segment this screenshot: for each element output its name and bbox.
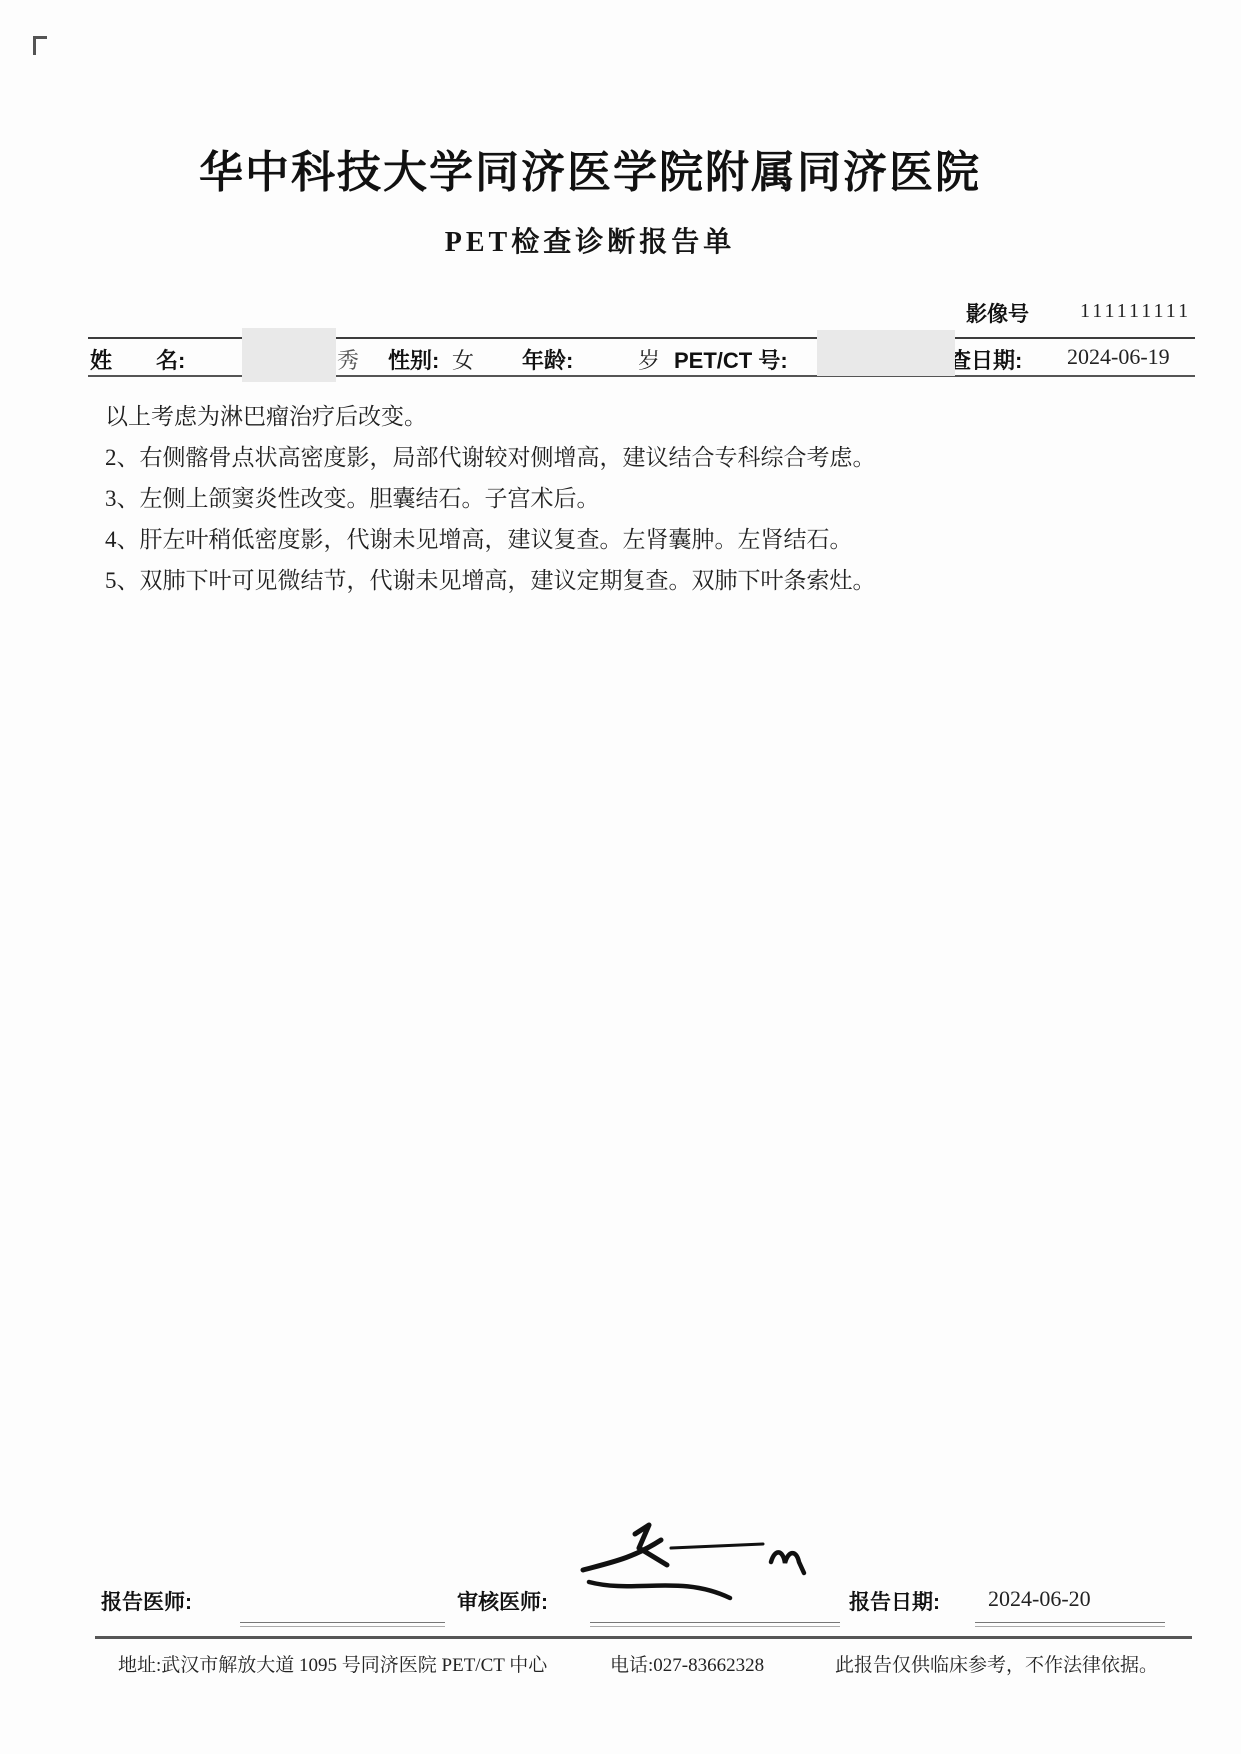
- report-date-label: 报告日期:: [849, 1586, 940, 1616]
- patient-name-label: 姓 名:: [90, 344, 185, 375]
- exam-date-value: 2024-06-19: [1067, 344, 1170, 370]
- gender-label: 性别:: [388, 344, 439, 375]
- image-number-label: 影像号: [966, 298, 1029, 328]
- finding-line: 以上考虑为淋巴瘤治疗后改变。: [105, 396, 1165, 437]
- patient-name-redaction: [242, 328, 336, 382]
- patient-info-row: 姓 名: 秀 性别: 女 年龄: 岁 PET/CT 号: 检查日期: 2024-…: [88, 337, 1195, 377]
- finding-line: 2、右侧髂骨点状高密度影，局部代谢较对侧增高，建议结合专科综合考虑。: [105, 437, 1165, 478]
- age-unit: 岁: [638, 344, 660, 375]
- patient-name-visible-char: 秀: [337, 344, 359, 375]
- petct-number-redaction: [817, 330, 955, 376]
- report-date-value: 2024-06-20: [988, 1586, 1091, 1612]
- footer-phone: 电话:027-83662328: [610, 1650, 764, 1677]
- review-doctor-underline: [590, 1622, 840, 1627]
- image-number-value: 111111111: [1080, 300, 1191, 323]
- hospital-name: 华中科技大学同济医学院附属同济医院: [0, 136, 1180, 200]
- pet-report-page: 华中科技大学同济医学院附属同济医院 PET检查诊断报告单 影像号 1111111…: [0, 0, 1241, 1754]
- reviewer-signature: [575, 1518, 825, 1618]
- gender-value: 女: [452, 344, 474, 375]
- report-doctor-underline: [240, 1622, 445, 1627]
- age-label: 年龄:: [522, 344, 573, 375]
- footer-divider: [95, 1636, 1192, 1639]
- footer-disclaimer: 此报告仅供临床参考，不作法律依据。: [835, 1650, 1158, 1677]
- finding-line: 3、左侧上颌窦炎性改变。胆囊结石。子宫术后。: [105, 478, 1165, 519]
- scan-ink-mark: [33, 36, 47, 55]
- footer-address: 地址:武汉市解放大道 1095 号同济医院 PET/CT 中心: [118, 1650, 547, 1677]
- petct-number-label: PET/CT 号:: [674, 344, 788, 375]
- review-doctor-label: 审核医师:: [457, 1586, 548, 1616]
- report-title: PET检查诊断报告单: [0, 220, 1180, 260]
- report-date-underline: [975, 1622, 1165, 1627]
- finding-line: 4、肝左叶稍低密度影，代谢未见增高，建议复查。左肾囊肿。左肾结石。: [105, 519, 1165, 560]
- finding-line: 5、双肺下叶可见微结节，代谢未见增高，建议定期复查。双肺下叶条索灶。: [105, 560, 1165, 601]
- report-doctor-label: 报告医师:: [101, 1586, 192, 1616]
- findings-block: 以上考虑为淋巴瘤治疗后改变。 2、右侧髂骨点状高密度影，局部代谢较对侧增高，建议…: [105, 396, 1165, 601]
